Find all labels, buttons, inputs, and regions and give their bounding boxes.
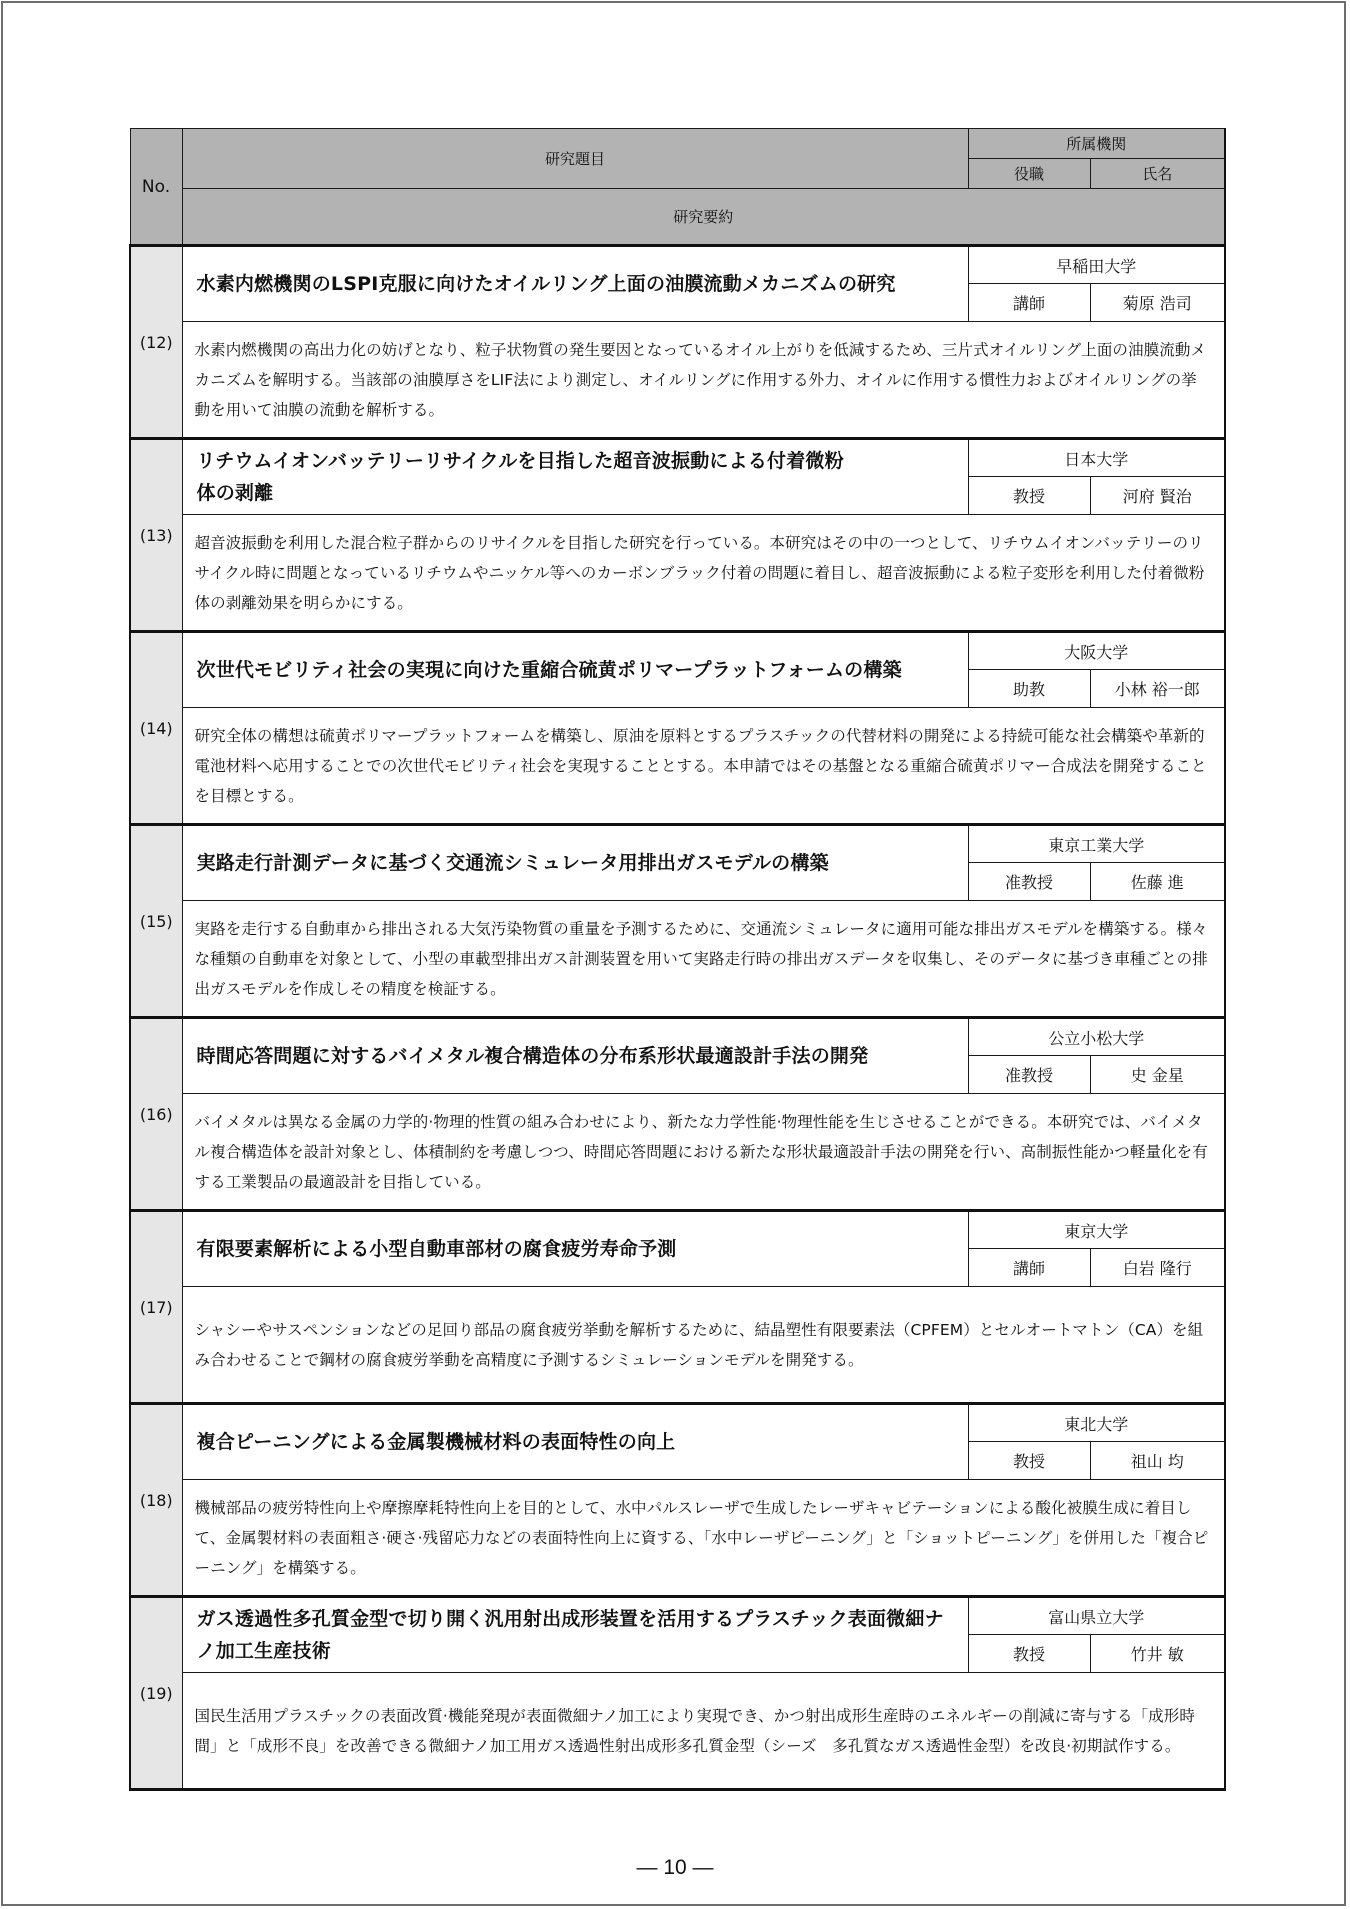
entry-number: (12) [130, 246, 182, 439]
research-summary: 国民生活用プラスチックの表面改質·機能発現が表面微細ナノ加工により実現でき、かつ… [182, 1673, 1225, 1790]
role: 教授 [968, 477, 1090, 515]
entry-19: (19) ガス透過性多孔質金型で切り開く汎用射出成形装置を活用するプラスチック表… [130, 1597, 1225, 1790]
entry-18: (18) 複合ピーニングによる金属製機械材料の表面特性の向上 東北大学 教授 祖… [130, 1404, 1225, 1597]
research-summary: バイメタルは異なる金属の力学的·物理的性質の組み合わせにより、新たな力学性能·物… [182, 1094, 1225, 1211]
researcher-name: 白岩 隆行 [1090, 1249, 1225, 1287]
affiliation: 早稲田大学 [968, 246, 1225, 284]
header-role: 役職 [968, 159, 1090, 189]
researcher-name: 菊原 浩司 [1090, 284, 1225, 322]
research-title: 次世代モビリティ社会の実現に向けた重縮合硫黄ポリマープラットフォームの構築 [182, 632, 968, 708]
header-no: No. [130, 129, 182, 246]
affiliation: 東京工業大学 [968, 825, 1225, 863]
header-summary: 研究要約 [182, 189, 1225, 246]
researcher-name: 河府 賢治 [1090, 477, 1225, 515]
researcher-name: 祖山 均 [1090, 1442, 1225, 1480]
header-affiliation: 所属機関 [968, 129, 1225, 159]
role: 助教 [968, 670, 1090, 708]
research-summary: シャシーやサスペンションなどの足回り部品の腐食疲労挙動を解析するために、結晶塑性… [182, 1287, 1225, 1404]
entry-14: (14) 次世代モビリティ社会の実現に向けた重縮合硫黄ポリマープラットフォームの… [130, 632, 1225, 825]
entry-17: (17) 有限要素解析による小型自動車部材の腐食疲労寿命予測 東京大学 講師 白… [130, 1211, 1225, 1404]
research-summary: 研究全体の構想は硫黄ポリマープラットフォームを構築し、原油を原料とするプラスチッ… [182, 708, 1225, 825]
entry-number: (19) [130, 1597, 182, 1790]
research-table: No. 研究題目 所属機関 役職 氏名 研究要約 (12) 水素内燃機関のLSP… [129, 128, 1226, 1791]
research-title: 水素内燃機関のLSPI克服に向けたオイルリング上面の油膜流動メカニズムの研究 [182, 246, 968, 322]
entry-number: (17) [130, 1211, 182, 1404]
role: 講師 [968, 1249, 1090, 1287]
research-summary: 超音波振動を利用した混合粒子群からのリサイクルを目指した研究を行っている。本研究… [182, 515, 1225, 632]
affiliation: 東北大学 [968, 1404, 1225, 1442]
affiliation: 大阪大学 [968, 632, 1225, 670]
role: 准教授 [968, 863, 1090, 901]
research-title: リチウムイオンバッテリーリサイクルを目指した超音波振動による付着微粉体の剥離 [182, 439, 968, 515]
research-title: 有限要素解析による小型自動車部材の腐食疲労寿命予測 [182, 1211, 968, 1287]
entry-12: (12) 水素内燃機関のLSPI克服に向けたオイルリング上面の油膜流動メカニズム… [130, 246, 1225, 439]
role: 教授 [968, 1635, 1090, 1673]
researcher-name: 史 金星 [1090, 1056, 1225, 1094]
entry-16: (16) 時間応答問題に対するバイメタル複合構造体の分布系形状最適設計手法の開発… [130, 1018, 1225, 1211]
research-summary: 水素内燃機関の高出力化の妨げとなり、粒子状物質の発生要因となっているオイル上がり… [182, 322, 1225, 439]
entry-number: (15) [130, 825, 182, 1018]
entry-number: (14) [130, 632, 182, 825]
entry-15: (15) 実路走行計測データに基づく交通流シミュレータ用排出ガスモデルの構築 東… [130, 825, 1225, 1018]
entry-number: (18) [130, 1404, 182, 1597]
role: 准教授 [968, 1056, 1090, 1094]
research-summary: 機械部品の疲労特性向上や摩擦摩耗特性向上を目的として、水中パルスレーザで生成した… [182, 1480, 1225, 1597]
entry-number: (13) [130, 439, 182, 632]
research-title: ガス透過性多孔質金型で切り開く汎用射出成形装置を活用するプラスチック表面微細ナノ… [182, 1597, 968, 1673]
research-title: 複合ピーニングによる金属製機械材料の表面特性の向上 [182, 1404, 968, 1480]
page-number: — 10 — [0, 1856, 1350, 1880]
header-name: 氏名 [1090, 159, 1225, 189]
entry-13: (13) リチウムイオンバッテリーリサイクルを目指した超音波振動による付着微粉体… [130, 439, 1225, 632]
researcher-name: 竹井 敏 [1090, 1635, 1225, 1673]
researcher-name: 小林 裕一郎 [1090, 670, 1225, 708]
role: 教授 [968, 1442, 1090, 1480]
header-title: 研究題目 [182, 129, 968, 189]
affiliation: 富山県立大学 [968, 1597, 1225, 1635]
role: 講師 [968, 284, 1090, 322]
research-summary: 実路を走行する自動車から排出される大気汚染物質の重量を予測するために、交通流シミ… [182, 901, 1225, 1018]
affiliation: 公立小松大学 [968, 1018, 1225, 1056]
researcher-name: 佐藤 進 [1090, 863, 1225, 901]
affiliation: 東京大学 [968, 1211, 1225, 1249]
research-title: 時間応答問題に対するバイメタル複合構造体の分布系形状最適設計手法の開発 [182, 1018, 968, 1094]
entry-number: (16) [130, 1018, 182, 1211]
affiliation: 日本大学 [968, 439, 1225, 477]
research-title: 実路走行計測データに基づく交通流シミュレータ用排出ガスモデルの構築 [182, 825, 968, 901]
